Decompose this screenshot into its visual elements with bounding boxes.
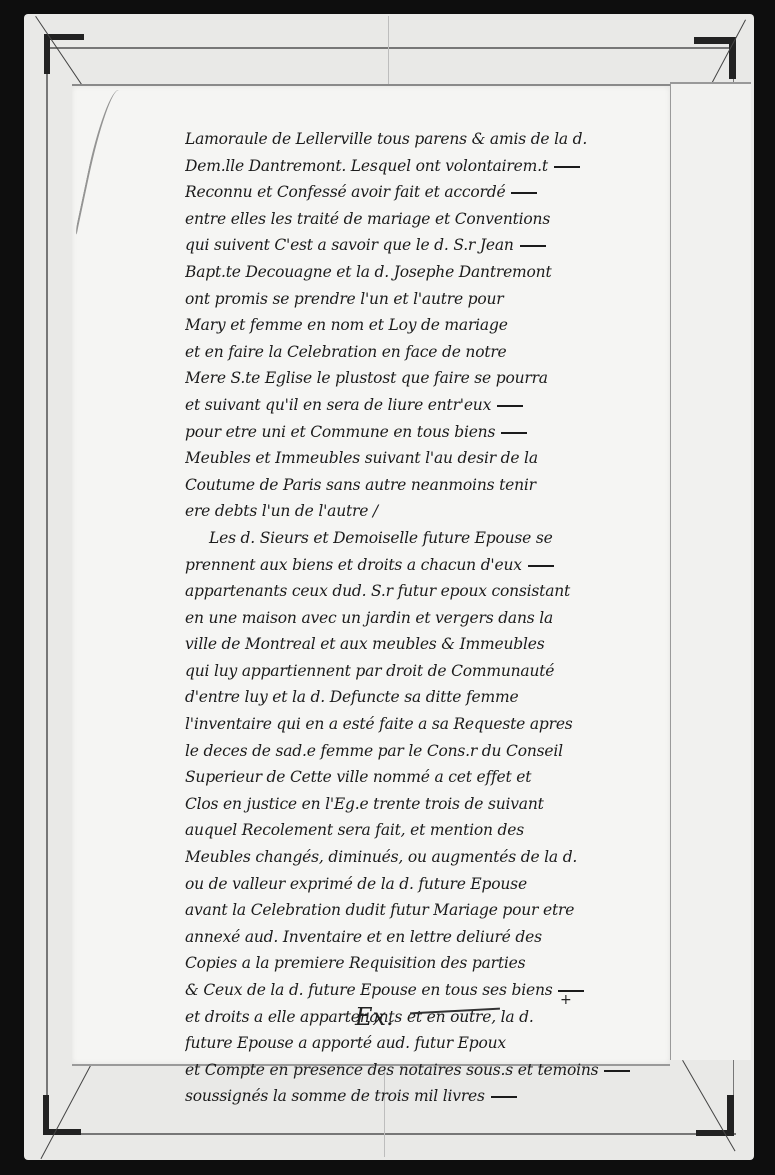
- text-line: d'entre luy et la d. Defuncte sa ditte f…: [185, 684, 675, 711]
- text-line: Les d. Sieurs et Demoiselle future Epous…: [185, 525, 675, 552]
- text-line: Superieur de Cette ville nommé a cet eff…: [185, 764, 675, 791]
- text-line: entre elles les traité de mariage et Con…: [185, 206, 675, 233]
- text-line: Clos en justice en l'Eg.e trente trois d…: [185, 791, 675, 818]
- frame-bottom-line: [46, 1133, 736, 1135]
- center-fold-top: [388, 16, 389, 84]
- text-line: en une maison avec un jardin et vergers …: [185, 605, 675, 632]
- text-line: et en faire la Celebration en face de no…: [185, 339, 675, 366]
- text-line: prennent aux biens et droits a chacun d'…: [185, 552, 675, 579]
- text-line: qui luy appartiennent par droit de Commu…: [185, 658, 675, 685]
- text-line: qui suivent C'est a savoir que le d. S.r…: [185, 232, 675, 259]
- text-line: Meubles et Immeubles suivant l'au desir …: [185, 445, 675, 472]
- manuscript-text: Lamoraule de Lellerville tous parens & a…: [185, 126, 675, 1110]
- crop-mark-top-left: [44, 34, 50, 74]
- crop-mark-bottom-right-h: [696, 1130, 734, 1136]
- text-line: Lamoraule de Lellerville tous parens & a…: [185, 126, 675, 153]
- text-line: Bapt.te Decouagne et la d. Josephe Dantr…: [185, 259, 675, 286]
- text-line: soussignés la somme de trois mil livres: [185, 1083, 675, 1110]
- crop-mark-bottom-left-h: [43, 1129, 81, 1135]
- text-line: Coutume de Paris sans autre neanmoins te…: [185, 472, 675, 499]
- text-line: avant la Celebration dudit futur Mariage…: [185, 897, 675, 924]
- notary-paraph: Ex.: [355, 1003, 394, 1031]
- crop-mark-top-right-h: [694, 37, 736, 44]
- manuscript-sheet-right-strip: [670, 82, 751, 1060]
- text-line: et Compte en presence des notaires sous.…: [185, 1057, 675, 1084]
- text-line: Copies a la premiere Requisition des par…: [185, 950, 675, 977]
- text-line: future Epouse a apporté aud. futur Epoux: [185, 1030, 675, 1057]
- text-line: le deces de sad.e femme par le Cons.r du…: [185, 738, 675, 765]
- text-line: ont promis se prendre l'un et l'autre po…: [185, 286, 675, 313]
- text-line: et droits a elle appartenants et en outr…: [185, 1004, 675, 1031]
- text-line: et suivant qu'il en sera de liure entr'e…: [185, 392, 675, 419]
- text-line: auquel Recolement sera fait, et mention …: [185, 817, 675, 844]
- text-line: Reconnu et Confessé avoir fait et accord…: [185, 179, 675, 206]
- text-line: Dem.lle Dantremont. Lesquel ont volontai…: [185, 153, 675, 180]
- cross-mark: +: [560, 992, 572, 1008]
- frame-left-line: [46, 47, 48, 1135]
- text-line: pour etre uni et Commune en tous biens: [185, 419, 675, 446]
- text-line: Mere S.te Eglise le plustost que faire s…: [185, 365, 675, 392]
- text-line: ou de valleur exprimé de la d. future Ep…: [185, 871, 675, 898]
- text-line: ville de Montreal et aux meubles & Immeu…: [185, 631, 675, 658]
- text-line: & Ceux de la d. future Epouse en tous se…: [185, 977, 675, 1004]
- text-line: l'inventaire qui en a esté faite a sa Re…: [185, 711, 675, 738]
- text-line: annexé aud. Inventaire et en lettre deli…: [185, 924, 675, 951]
- text-line: Meubles changés, diminués, ou augmentés …: [185, 844, 675, 871]
- crop-mark-bottom-right: [727, 1095, 734, 1135]
- frame-top-line: [46, 47, 736, 49]
- text-line: ere debts l'un de l'autre /: [185, 498, 675, 525]
- text-line: Mary et femme en nom et Loy de mariage: [185, 312, 675, 339]
- text-line: appartenants ceux dud. S.r futur epoux c…: [185, 578, 675, 605]
